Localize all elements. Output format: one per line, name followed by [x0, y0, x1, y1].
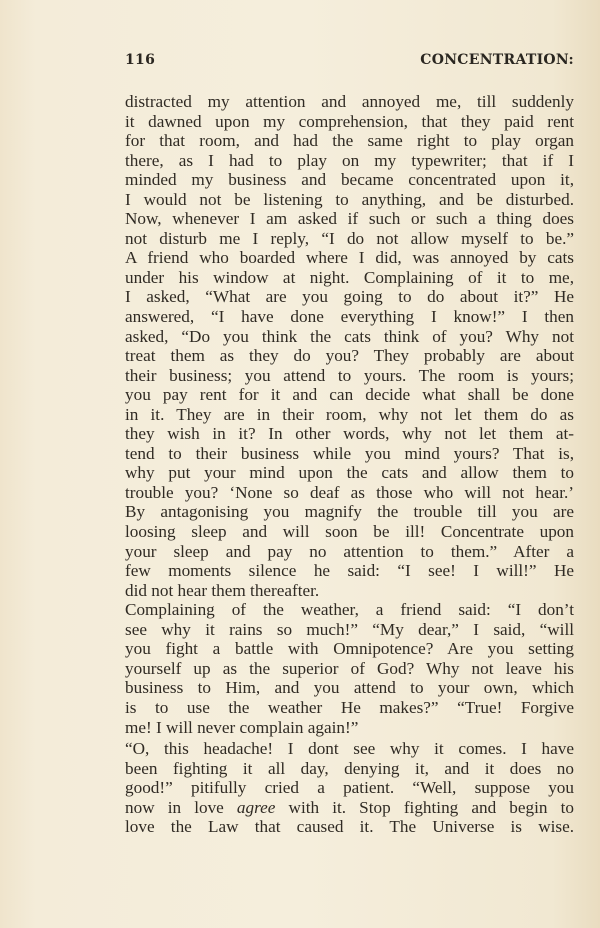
text-line: see why it rains so much!” “My dear,” I …: [125, 620, 574, 640]
text-line: Complaining of the weather, a friend sai…: [125, 600, 574, 620]
text-line: good!” pitifully cried a patient. “Well,…: [125, 778, 574, 798]
text-fragment: now in love: [125, 798, 237, 817]
text-line: your sleep and pay no attention to them.…: [125, 542, 574, 562]
text-line: for that room, and had the same right to…: [125, 131, 574, 151]
text-line: answered, “I have done everything I know…: [125, 307, 574, 327]
text-line: you fight a battle with Omnipotence? Are…: [125, 639, 574, 659]
text-line: A friend who boarded where I did, was an…: [125, 248, 574, 268]
text-line: loosing sleep and will soon be ill! Conc…: [125, 522, 574, 542]
text-fragment: with it. Stop fighting and begin to: [275, 798, 574, 817]
text-line: they wish in it? In other words, why not…: [125, 424, 574, 444]
text-line: By antagonising you magnify the trouble …: [125, 502, 574, 522]
text-line: you pay rent for it and can decide what …: [125, 385, 574, 405]
text-line: business to Him, and you attend to your …: [125, 678, 574, 698]
italic-word: agree: [237, 798, 276, 817]
text-line: I asked, “What are you going to do about…: [125, 287, 574, 307]
text-line: their business; you attend to yours. The…: [125, 366, 574, 386]
body-text: distracted my attention and annoyed me, …: [125, 92, 574, 837]
text-line: why put your mind upon the cats and allo…: [125, 463, 574, 483]
text-line: there, as I had to play on my typewriter…: [125, 151, 574, 171]
running-title: CONCENTRATION:: [420, 52, 574, 68]
page-number: 116: [125, 52, 155, 68]
text-line-with-italic: now in love agree with it. Stop fighting…: [125, 798, 574, 818]
text-line: Now, whenever I am asked if such or such…: [125, 209, 574, 229]
text-line: it dawned upon my comprehension, that th…: [125, 112, 574, 132]
text-line: asked, “Do you think the cats think of y…: [125, 327, 574, 347]
text-line: minded my business and became concentrat…: [125, 170, 574, 190]
text-line: love the Law that caused it. The Univers…: [125, 817, 574, 837]
text-line: tend to their business while you mind yo…: [125, 444, 574, 464]
running-header: 116 CONCENTRATION:: [125, 50, 574, 70]
text-line: been fighting it all day, denying it, an…: [125, 759, 574, 779]
text-line: not disturb me I reply, “I do not allow …: [125, 229, 574, 249]
text-line: few moments silence he said: “I see! I w…: [125, 561, 574, 581]
text-line: me! I will never complain again!”: [125, 718, 574, 738]
book-page: 116 CONCENTRATION: distracted my attenti…: [0, 0, 600, 928]
text-line: trouble you? ‘None so deaf as those who …: [125, 483, 574, 503]
text-line: I would not be listening to anything, an…: [125, 190, 574, 210]
text-line: “O, this headache! I dont see why it com…: [125, 739, 574, 759]
text-line: treat them as they do you? They probably…: [125, 346, 574, 366]
text-line: yourself up as the superior of God? Why …: [125, 659, 574, 679]
text-line: did not hear them thereafter.: [125, 581, 574, 601]
text-line: under his window at night. Complaining o…: [125, 268, 574, 288]
text-line: is to use the weather He makes?” “True! …: [125, 698, 574, 718]
text-line: distracted my attention and annoyed me, …: [125, 92, 574, 112]
text-line: in it. They are in their room, why not l…: [125, 405, 574, 425]
